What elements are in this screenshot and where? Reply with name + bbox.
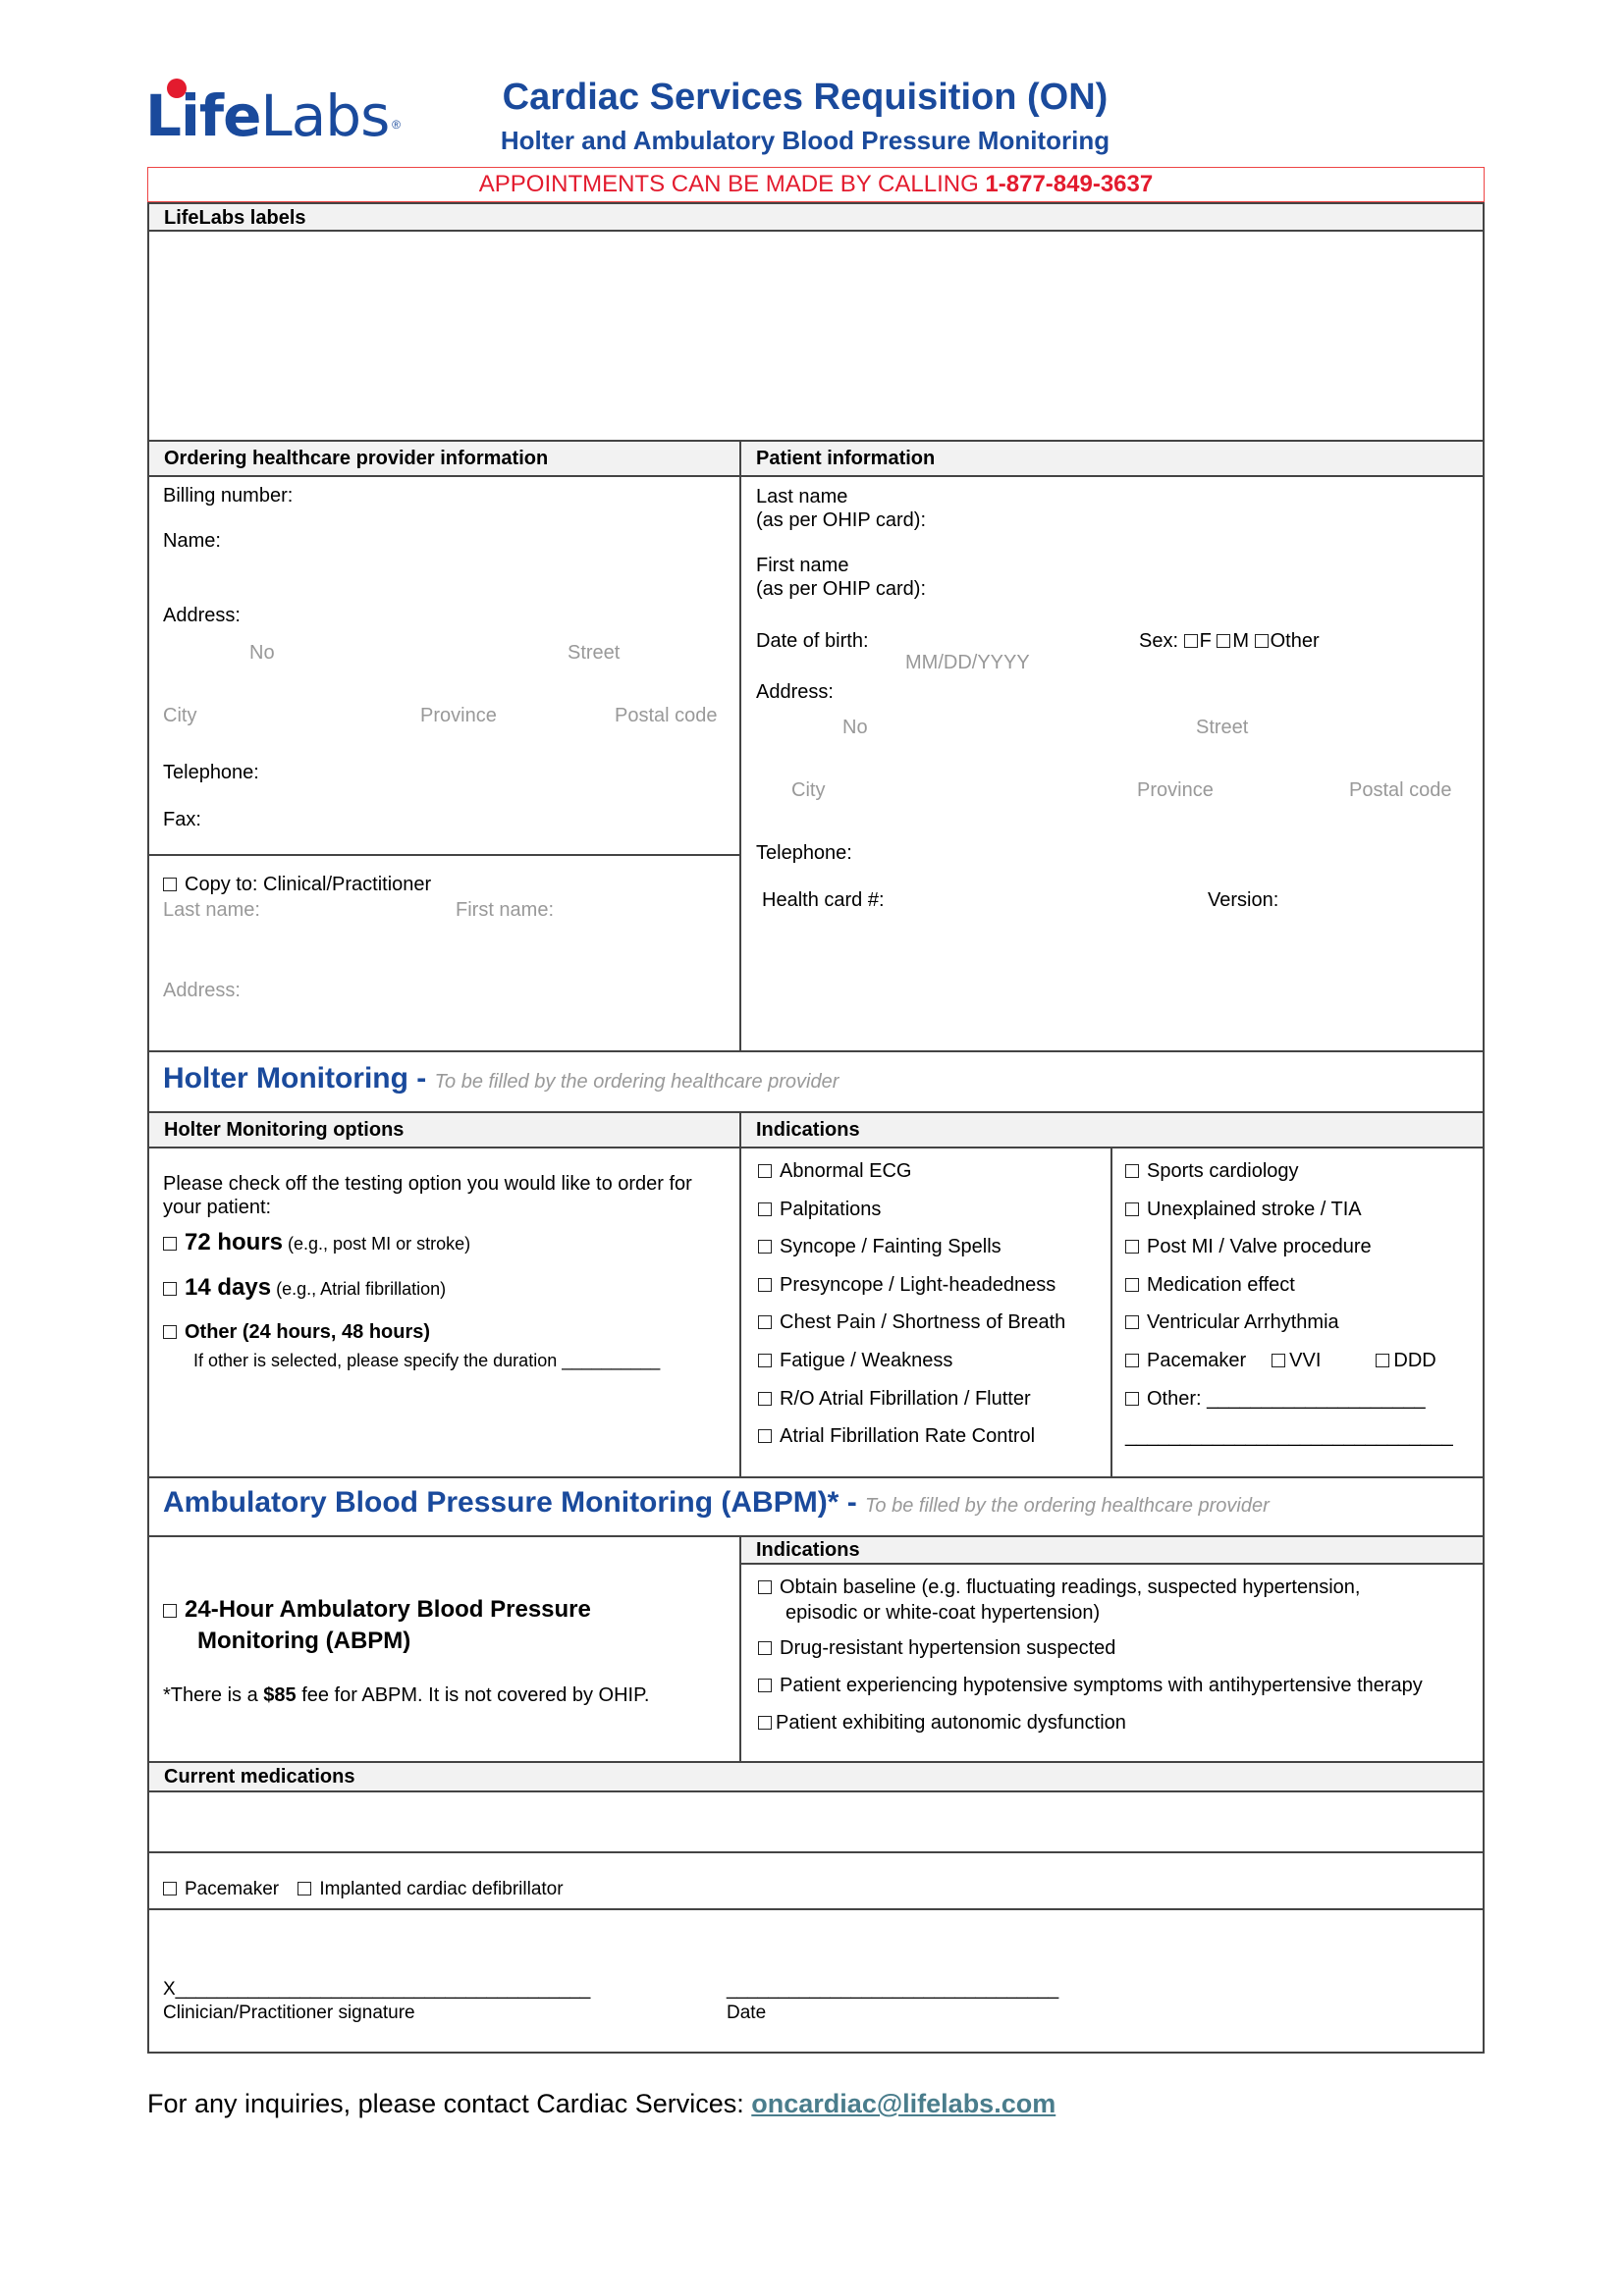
pacemaker-vvi-checkbox[interactable]: VVI bbox=[1272, 1350, 1321, 1371]
holter-indications-header: Indications bbox=[741, 1113, 1483, 1148]
dob-placeholder: MM/DD/YYYY bbox=[905, 652, 1030, 674]
abpm-fee-note: *There is a $85 fee for ABPM. It is not … bbox=[163, 1684, 649, 1707]
sex-field: Sex: F M Other bbox=[1139, 630, 1320, 653]
holter-indication-item[interactable]: Other: ____________________ bbox=[1125, 1388, 1426, 1411]
checkbox-icon bbox=[758, 1315, 772, 1329]
abpm-indication-drug-resistant[interactable]: Drug-resistant hypertension suspected bbox=[758, 1637, 1115, 1660]
checkbox-icon bbox=[1125, 1202, 1139, 1216]
holter-title: Holter Monitoring - To be filled by the … bbox=[163, 1062, 839, 1095]
patient-telephone-field[interactable]: Telephone: bbox=[756, 842, 852, 865]
holter-indication-item[interactable]: Atrial Fibrillation Rate Control bbox=[758, 1425, 1035, 1448]
pacemaker-ddd-checkbox[interactable]: DDD bbox=[1376, 1350, 1435, 1371]
lifelabs-labels-section: LifeLabs labels bbox=[147, 202, 1485, 442]
provider-fax-field[interactable]: Fax: bbox=[163, 809, 201, 831]
provider-address-province: Province bbox=[420, 705, 497, 727]
holter-options-header: Holter Monitoring options bbox=[149, 1113, 739, 1148]
checkbox-icon bbox=[1125, 1240, 1139, 1254]
holter-other-duration[interactable]: If other is selected, please specify the… bbox=[193, 1351, 660, 1371]
appointment-banner: APPOINTMENTS CAN BE MADE BY CALLING 1-87… bbox=[147, 167, 1485, 202]
patient-last-name-field[interactable]: Last name(as per OHIP card): bbox=[756, 485, 926, 532]
abpm-title: Ambulatory Blood Pressure Monitoring (AB… bbox=[163, 1486, 1270, 1520]
patient-address-field[interactable]: Address: bbox=[756, 681, 834, 704]
page-subtitle: Holter and Ambulatory Blood Pressure Mon… bbox=[412, 126, 1198, 156]
checkbox-icon bbox=[1125, 1278, 1139, 1292]
date-label: Date bbox=[727, 2002, 766, 2024]
holter-indication-item[interactable]: Presyncope / Light-headedness bbox=[758, 1274, 1056, 1297]
provider-address-postal: Postal code bbox=[615, 705, 718, 727]
holter-indication-item[interactable]: Abnormal ECG bbox=[758, 1160, 912, 1183]
holter-indication-item[interactable]: R/O Atrial Fibrillation / Flutter bbox=[758, 1388, 1031, 1411]
holter-indication-item[interactable]: Ventricular Arrhythmia bbox=[1125, 1311, 1339, 1334]
checkbox-icon bbox=[1125, 1354, 1139, 1367]
billing-number-field[interactable]: Billing number: bbox=[163, 485, 293, 507]
signature-line[interactable]: X_______________________________________… bbox=[163, 1979, 590, 2001]
icd-checkbox[interactable]: Implanted cardiac defibrillator bbox=[298, 1879, 563, 1899]
checkbox-icon bbox=[758, 1354, 772, 1367]
page-title: Cardiac Services Requisition (ON) bbox=[412, 77, 1198, 119]
holter-other-line[interactable]: ______________________________ bbox=[1125, 1425, 1453, 1448]
provider-header: Ordering healthcare provider information bbox=[149, 442, 739, 477]
checkbox-icon bbox=[1125, 1164, 1139, 1178]
holter-indication-item[interactable]: Medication effect bbox=[1125, 1274, 1295, 1297]
contact-email-link[interactable]: oncardiac@lifelabs.com bbox=[751, 2089, 1056, 2118]
health-card-field[interactable]: Health card #: bbox=[762, 889, 885, 912]
provider-address-field[interactable]: Address: bbox=[163, 605, 241, 627]
abpm-indication-baseline[interactable]: Obtain baseline (e.g. fluctuating readin… bbox=[758, 1576, 1360, 1599]
holter-indication-item[interactable]: Fatigue / Weakness bbox=[758, 1350, 952, 1372]
provider-address-no: No bbox=[249, 642, 275, 665]
copy-address[interactable]: Address: bbox=[163, 980, 241, 1002]
date-line[interactable]: ________________________________ bbox=[727, 1979, 1058, 2001]
checkbox-icon bbox=[758, 1164, 772, 1178]
medications-input[interactable] bbox=[149, 1792, 1483, 1851]
holter-option-other[interactable]: Other (24 hours, 48 hours) bbox=[163, 1321, 430, 1344]
holter-indication-item[interactable]: Syncope / Fainting Spells bbox=[758, 1236, 1001, 1258]
holter-indication-item[interactable]: Chest Pain / Shortness of Breath bbox=[758, 1311, 1065, 1334]
abpm-24h-checkbox[interactable]: 24-Hour Ambulatory Blood PressureMonitor… bbox=[163, 1594, 591, 1657]
provider-name-field[interactable]: Name: bbox=[163, 530, 221, 553]
device-checkboxes: Pacemaker Implanted cardiac defibrillato… bbox=[163, 1879, 564, 1900]
patient-address-province: Province bbox=[1137, 779, 1214, 802]
copy-to-checkbox[interactable]: Copy to: Clinical/Practitioner bbox=[163, 874, 431, 896]
checkbox-icon bbox=[758, 1429, 772, 1443]
checkbox-icon bbox=[1125, 1392, 1139, 1406]
patient-header: Patient information bbox=[741, 442, 1483, 477]
checkbox-icon bbox=[758, 1240, 772, 1254]
sex-other-checkbox[interactable]: Other bbox=[1255, 630, 1320, 652]
checkbox-icon bbox=[758, 1278, 772, 1292]
lifelabs-labels-header: LifeLabs labels bbox=[149, 202, 1483, 232]
patient-address-street: Street bbox=[1196, 717, 1248, 739]
patient-first-name-field[interactable]: First name(as per OHIP card): bbox=[756, 554, 926, 601]
abpm-indication-baseline-cont: episodic or white-coat hypertension) bbox=[785, 1602, 1100, 1625]
copy-last-name[interactable]: Last name: bbox=[163, 899, 260, 922]
provider-address-city: City bbox=[163, 705, 196, 727]
sex-f-checkbox[interactable]: F bbox=[1184, 630, 1212, 652]
provider-telephone-field[interactable]: Telephone: bbox=[163, 762, 259, 784]
holter-indication-item[interactable]: PacemakerVVIDDD bbox=[1125, 1350, 1436, 1372]
copy-first-name[interactable]: First name: bbox=[456, 899, 554, 922]
holter-indication-item[interactable]: Post MI / Valve procedure bbox=[1125, 1236, 1372, 1258]
holter-intro: Please check off the testing option you … bbox=[163, 1172, 732, 1219]
provider-address-street: Street bbox=[568, 642, 620, 665]
checkbox-icon bbox=[758, 1392, 772, 1406]
abpm-indication-autonomic[interactable]: Patient exhibiting autonomic dysfunction bbox=[758, 1712, 1126, 1735]
patient-address-city: City bbox=[791, 779, 825, 802]
abpm-indications-header: Indications bbox=[741, 1537, 1483, 1565]
holter-option-14d[interactable]: 14 days (e.g., Atrial fibrillation) bbox=[163, 1274, 446, 1302]
holter-indication-item[interactable]: Palpitations bbox=[758, 1199, 881, 1221]
checkbox-icon bbox=[1125, 1315, 1139, 1329]
checkbox-icon bbox=[758, 1202, 772, 1216]
version-field[interactable]: Version: bbox=[1208, 889, 1278, 912]
holter-indication-item[interactable]: Unexplained stroke / TIA bbox=[1125, 1199, 1362, 1221]
holter-option-72h[interactable]: 72 hours (e.g., post MI or stroke) bbox=[163, 1229, 470, 1256]
medications-header: Current medications bbox=[149, 1763, 1483, 1792]
dob-field[interactable]: Date of birth: bbox=[756, 630, 869, 653]
patient-address-postal: Postal code bbox=[1349, 779, 1452, 802]
appointment-phone[interactable]: 1-877-849-3637 bbox=[985, 171, 1153, 197]
signature-label: Clinician/Practitioner signature bbox=[163, 2002, 415, 2024]
labels-area[interactable] bbox=[149, 232, 1483, 438]
footer-contact: For any inquiries, please contact Cardia… bbox=[147, 2089, 1056, 2119]
pacemaker-checkbox[interactable]: Pacemaker bbox=[163, 1879, 279, 1899]
lifelabs-logo: LifeLabs ® bbox=[145, 77, 401, 155]
abpm-indication-hypotensive[interactable]: Patient experiencing hypotensive symptom… bbox=[758, 1675, 1423, 1697]
patient-address-no: No bbox=[842, 717, 868, 739]
holter-indication-item[interactable]: Sports cardiology bbox=[1125, 1160, 1299, 1183]
sex-m-checkbox[interactable]: M bbox=[1217, 630, 1249, 652]
checkbox-icon bbox=[163, 878, 177, 891]
